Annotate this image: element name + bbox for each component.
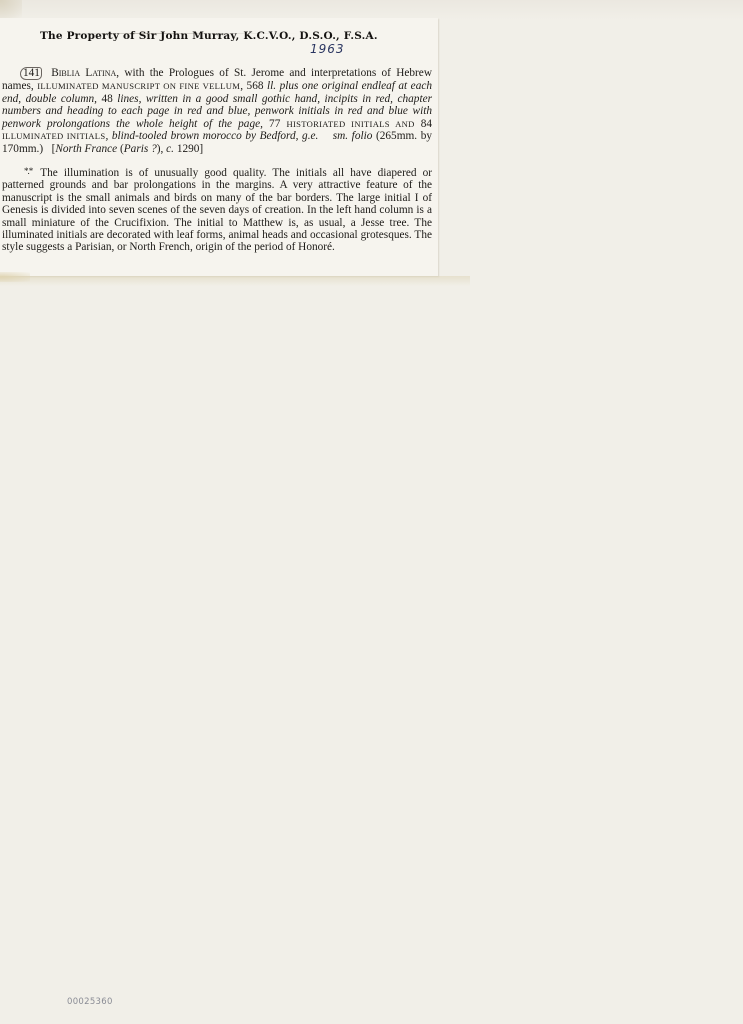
historiated-label: historiated initials and xyxy=(286,119,414,129)
paper-stain xyxy=(0,272,30,282)
handwritten-year: 1963 xyxy=(310,42,345,56)
origin-date: 1290] xyxy=(174,143,203,155)
illuminated-label: illuminated initials xyxy=(2,131,105,141)
paper-stain xyxy=(0,0,22,18)
description-text: The illumination is of unusually good qu… xyxy=(2,167,432,253)
origin-text: North France xyxy=(55,143,117,155)
provenance-heading: The Property of Sir John Murray, K.C.V.O… xyxy=(40,30,420,42)
lot-number: 141 xyxy=(20,67,42,80)
lot-entry: 141 Biblia Latina, with the Prologues of… xyxy=(2,67,432,156)
clipping-shadow xyxy=(0,276,470,286)
page-top-edge xyxy=(0,0,743,20)
catalog-number: 00025360 xyxy=(67,997,113,1007)
format-text: sm. folio xyxy=(333,130,373,142)
lot-description: *.*The illumination is of unusually good… xyxy=(2,167,432,254)
asterism-icon: *.* xyxy=(24,165,32,177)
catalogue-clipping: The Property of Sir John Murray, K.C.V.O… xyxy=(0,18,438,276)
material-label: illuminated manuscript on fine vellum xyxy=(37,81,240,91)
binding-text: , blind-tooled brown morocco by Bedford,… xyxy=(105,130,318,142)
lot-title: Biblia Latina xyxy=(51,67,116,79)
